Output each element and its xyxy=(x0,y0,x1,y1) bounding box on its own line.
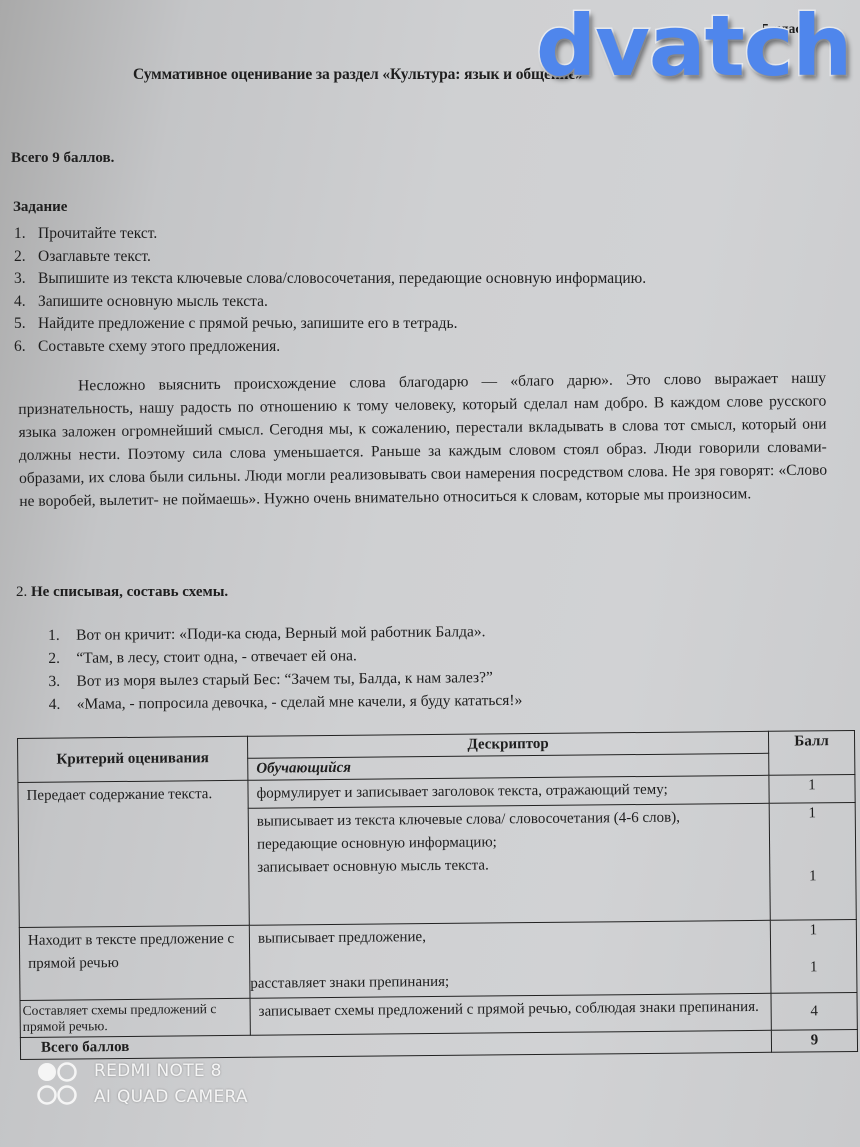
task-item: 4.Запишите основную мысль текста. xyxy=(14,291,646,314)
points-cell: 1 1 xyxy=(770,919,857,993)
scheme-sentence-list: 1.Вот он кричит: «Поди-ка сюда, Верный м… xyxy=(48,620,522,716)
criterion-cell: Передает содержание текста. xyxy=(18,780,249,927)
points-cell: 1 1 xyxy=(769,802,856,920)
reading-text: Несложно выяснить происхождение слова бл… xyxy=(18,367,827,513)
points-cell: 1 xyxy=(769,774,855,803)
task-item: 6.Составьте схему этого предложения. xyxy=(14,336,646,359)
points-cell: 4 xyxy=(771,992,857,1030)
total-value: 9 xyxy=(771,1029,857,1052)
scheme-sentence: 1.Вот он кричит: «Поди-ка сюда, Верный м… xyxy=(48,620,522,647)
task-item: 5.Найдите предложение с прямой речью, за… xyxy=(14,313,646,336)
watermark: dvatch xyxy=(536,4,851,88)
descriptor-cell: записывает схемы предложений с прямой ре… xyxy=(250,993,771,1035)
camera-watermark: REDMI NOTE 8 AI QUAD CAMERA xyxy=(36,1058,248,1110)
task-list: 1.Прочитайте текст. 2.Озаглавьте текст. … xyxy=(14,223,646,358)
criterion-cell: Находит в тексте предложение с прямой ре… xyxy=(19,925,250,1000)
task-item: 3.Выпишите из текста ключевые слова/слов… xyxy=(14,268,646,291)
document-title: Суммативное оценивание за раздел «Культу… xyxy=(133,66,583,84)
camera-lens-icon xyxy=(36,1060,80,1108)
rubric-table: Критерий оценивания Дескриптор Балл Обуч… xyxy=(17,730,858,1060)
section2-heading: 2. Не списывая, составь схемы. xyxy=(16,584,228,601)
descriptor-cell: выписывает предложение, расставляет знак… xyxy=(249,920,771,998)
document-photo: 5 класс. Суммативное оценивание за разде… xyxy=(0,0,860,1147)
task-item: 1.Прочитайте текст. xyxy=(14,223,646,246)
total-points-line: Всего 9 баллов. xyxy=(11,150,114,167)
table-row: Находит в тексте предложение с прямой ре… xyxy=(19,919,857,1000)
criterion-header: Критерий оценивания xyxy=(18,736,248,782)
descriptor-cell: выписывает из текста ключевые слова/ сло… xyxy=(248,803,770,925)
criterion-cell: Составляет схемы предложений с прямой ре… xyxy=(20,998,250,1037)
task-heading: Задание xyxy=(13,199,67,216)
task-item: 2.Озаглавьте текст. xyxy=(14,246,646,269)
scheme-sentence: 4.«Мама, - попросила девочка, - сделай м… xyxy=(49,689,523,716)
points-header: Балл xyxy=(768,730,854,775)
